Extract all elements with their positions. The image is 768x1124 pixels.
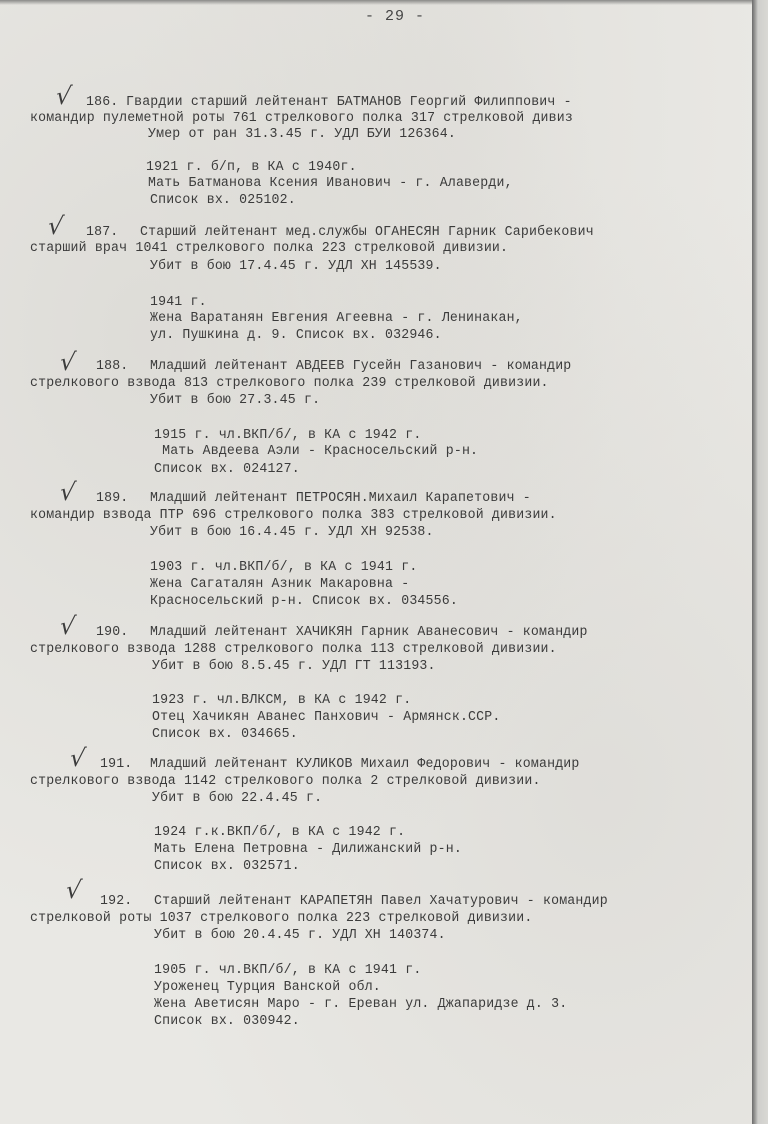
entry-number: 191. [100,756,132,772]
entry-fate-line: Убит в бою 22.4.45 г. [152,790,322,806]
entry-detail-line: Красносельский р-н. Список вх. 034556. [150,593,458,609]
entry-unit-line: стрелкового взвода 1288 стрелкового полк… [30,641,557,657]
entry-heading-line: Младший лейтенант АВДЕЕВ Гусейн Газанови… [150,358,571,374]
entry-detail-line: 1924 г.к.ВКП/б/, в КА с 1942 г. [154,824,405,840]
check-mark-icon: √ [64,876,83,904]
entry-heading-line: Младший лейтенант ХАЧИКЯН Гарник Аванесо… [150,624,588,640]
entry-fate-line: Убит в бою 27.3.45 г. [150,392,320,408]
entry-fate-line: Убит в бою 20.4.45 г. УДЛ ХН 140374. [154,927,446,943]
entry-number: 186. [86,94,118,110]
check-mark-icon: √ [58,478,77,506]
entry-heading-line: Старший лейтенант КАРАПЕТЯН Павел Хачату… [154,893,608,909]
entry-detail-line: Мать Батманова Ксения Иванович - г. Алав… [148,175,513,191]
entry-detail-line: Список вх. 030942. [154,1013,300,1029]
entry-fate-line: Убит в бою 8.5.45 г. УДЛ ГТ 113193. [152,658,436,674]
entry-number: 190. [96,624,128,640]
entry-detail-line: Список вх. 034665. [152,726,298,742]
entry-number: 192. [100,893,132,909]
entry-heading-line: Гвардии старший лейтенант БАТМАНОВ Георг… [126,94,572,110]
entry-detail-line: ул. Пушкина д. 9. Список вх. 032946. [150,327,442,343]
entry-unit-line: стрелкового взвода 1142 стрелкового полк… [30,773,541,789]
page-top-shadow [0,0,768,5]
entry-unit-line: стрелкового взвода 813 стрелкового полка… [30,375,549,391]
entry-detail-line: Мать Елена Петровна - Дилижанский р-н. [154,841,462,857]
entry-detail-line: Жена Аветисян Маро - г. Ереван ул. Джапа… [154,996,567,1012]
check-mark-icon: √ [58,612,77,640]
entry-detail-line: Жена Варатанян Евгения Агеевна - г. Лени… [150,310,523,326]
entry-unit-line: стрелковой роты 1037 стрелкового полка 2… [30,910,532,926]
entry-fate-line: Убит в бою 16.4.45 г. УДЛ ХН 92538. [150,524,434,540]
document-page: - 29 - √ 186. Гвардии старший лейтенант … [0,0,752,1124]
entry-detail-line: Мать Авдеева Аэли - Красносельский р-н. [154,443,478,459]
entry-detail-line: 1905 г. чл.ВКП/б/, в КА с 1941 г. [154,962,421,978]
entry-detail-line: Список вх. 025102. [150,192,296,208]
entry-detail-line: 1921 г. б/п, в КА с 1940г. [146,159,357,175]
check-mark-icon: √ [46,212,65,240]
entry-detail-line: Список вх. 024127. [154,461,300,477]
entry-detail-line: 1915 г. чл.ВКП/б/, в КА с 1942 г. [154,427,421,443]
entry-detail-line: 1903 г. чл.ВКП/б/, в КА с 1941 г. [150,559,417,575]
entry-number: 188. [96,358,128,374]
entry-unit-line: командир пулеметной роты 761 стрелкового… [30,110,573,126]
entry-heading-line: Младший лейтенант КУЛИКОВ Михаил Федоров… [150,756,580,772]
entry-number: 187. [86,224,118,240]
entry-fate-line: Убит в бою 17.4.45 г. УДЛ ХН 145539. [150,258,442,274]
page-binding-edge [752,0,768,1124]
entry-detail-line: Жена Сагаталян Азник Макаровна - [150,576,409,592]
entry-detail-line: Уроженец Турция Ванской обл. [154,979,381,995]
entry-detail-line: Отец Хачикян Аванес Панхович - Армянск.С… [152,709,500,725]
entry-heading-line: Младший лейтенант ПЕТРОСЯН.Михаил Карапе… [150,490,531,506]
entry-detail-line: 1941 г. [150,294,207,310]
entry-heading-line: Старший лейтенант мед.службы ОГАНЕСЯН Га… [140,224,594,240]
page-number: - 29 - [0,8,768,25]
entry-unit-line: командир взвода ПТР 696 стрелкового полк… [30,507,557,523]
entry-detail-line: Список вх. 032571. [154,858,300,874]
check-mark-icon: √ [54,82,73,110]
check-mark-icon: √ [58,348,77,376]
entry-unit-line: старший врач 1041 стрелкового полка 223 … [30,240,508,256]
entry-fate-line: Умер от ран 31.3.45 г. УДЛ БУИ 126364. [148,126,456,142]
check-mark-icon: √ [68,744,87,772]
entry-detail-line: 1923 г. чл.ВЛКСМ, в КА с 1942 г. [152,692,411,708]
entry-number: 189. [96,490,128,506]
